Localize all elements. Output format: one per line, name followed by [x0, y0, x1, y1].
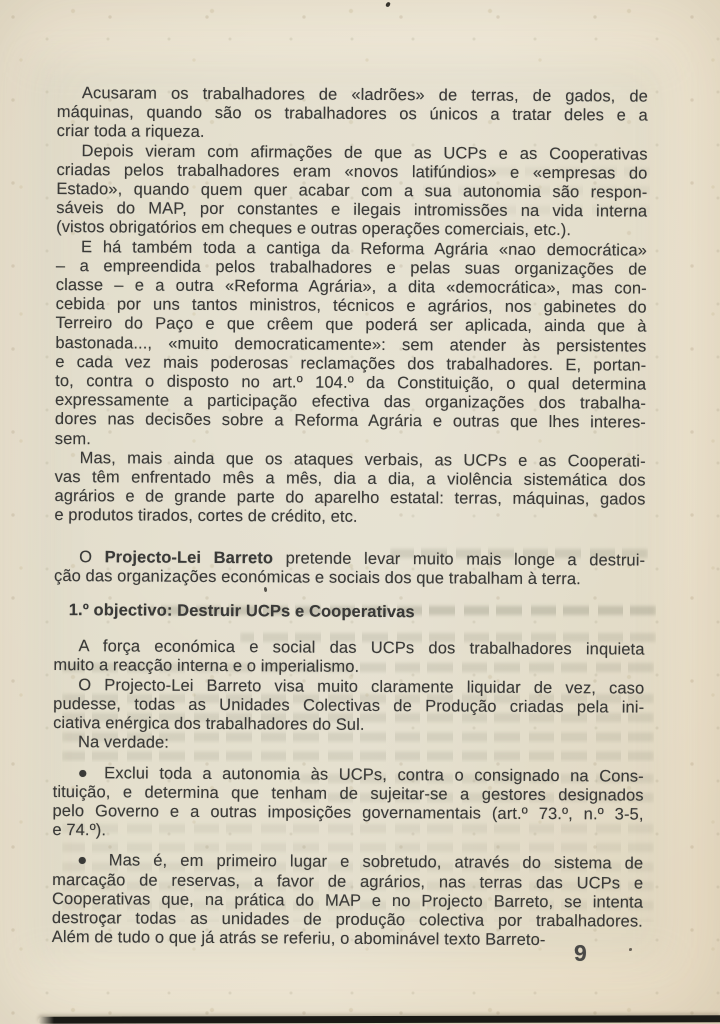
bullet-paragraph: ● Mas é, em primeiro lugar e sobretudo, …: [52, 851, 644, 951]
page-bottom-edge-shadow: [38, 1015, 720, 1023]
page-number: 9: [574, 940, 587, 967]
bold-text-segment: Projecto-Lei Barreto: [105, 548, 274, 567]
paragraph: Na verdade:: [53, 733, 644, 756]
paragraph: A força económica e social das UCPs dos …: [53, 637, 644, 679]
text-line: pelo Governo e a outras imposições gover…: [52, 802, 643, 825]
text-line: ção das organizações económicas e sociai…: [54, 567, 645, 590]
text-segment: pretende levar muito mais longe a destru…: [273, 549, 645, 569]
text-line: Na verdade:: [53, 733, 644, 756]
text-line: dores nas decisões sobre a Reforma Agrár…: [55, 410, 646, 433]
text-line: e produtos tirados, cortes de crédito, e…: [54, 506, 645, 529]
text-segment: O: [79, 548, 105, 566]
paragraph: Acusaram os trabalhadores de «ladrões» d…: [57, 84, 648, 145]
paragraph: Mas, mais ainda que os ataques verbais, …: [54, 449, 645, 529]
paragraph: O Projecto-Lei Barreto pretende levar mu…: [54, 548, 645, 590]
heading: 1.º objectivo: Destruir UCPs e Cooperati…: [54, 601, 645, 624]
text-line: Além de tudo o que já atrás se referiu, …: [52, 928, 643, 951]
page-text-column: Acusaram os trabalhadores de «ladrões» d…: [52, 84, 648, 951]
text-line: 1.º objectivo: Destruir UCPs e Cooperati…: [54, 601, 645, 624]
scanned-page: Acusaram os trabalhadores de «ladrões» d…: [0, 0, 720, 1024]
paragraph: O Projecto-Lei Barreto visa muito claram…: [53, 676, 644, 737]
scan-speck: [385, 1, 390, 7]
paragraph: E há também toda a cantiga da Reforma Ag…: [55, 238, 647, 453]
bullet-paragraph: ● Exclui toda a autonomia às UCPs, contr…: [52, 763, 643, 843]
paragraph: Depois vieram com afirmações de que as U…: [56, 142, 648, 242]
text-line: e 74.º).: [52, 821, 643, 844]
